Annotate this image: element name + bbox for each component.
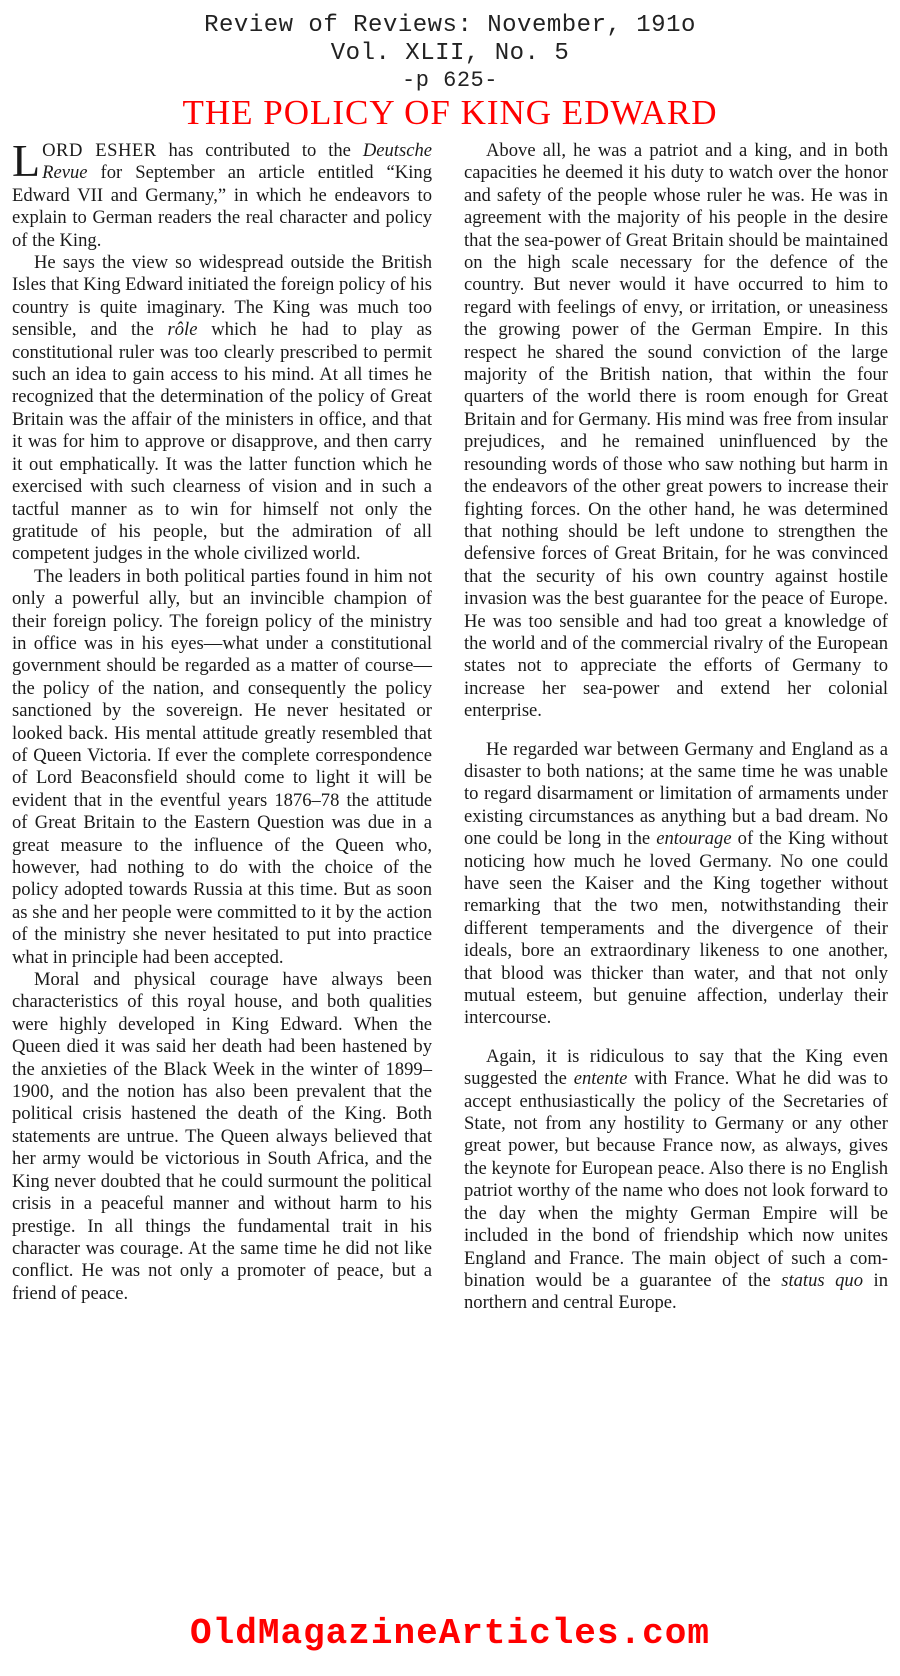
paragraph: Moral and physical courage have always b… <box>12 969 432 1305</box>
right-column: Above all, he was a patriot and a king, … <box>464 140 888 1315</box>
paragraph: Again, it is ridiculous to say that the … <box>464 1046 888 1315</box>
text-run: of the King without noticing how much he… <box>464 828 888 1028</box>
italic-term: entourage <box>656 828 731 849</box>
italic-term: rôle <box>168 319 198 340</box>
lead-in: ORD ESHER <box>42 140 157 161</box>
paragraph: The leaders in both political parties fo… <box>12 566 432 969</box>
watermark: OldMagazineArticles.com <box>0 1612 900 1656</box>
paragraph: He says the view so widespread outside t… <box>12 252 432 566</box>
italic-term: entente <box>574 1068 628 1089</box>
publication-line: Review of Reviews: November, 191o <box>0 0 900 40</box>
left-column: LORD ESHER has contributed to the Deutsc… <box>12 140 432 1315</box>
volume-line: Vol. XLII, No. 5 <box>0 40 900 68</box>
page-header: Review of Reviews: November, 191o Vol. X… <box>0 0 900 94</box>
article-title: THE POLICY OF KING EDWARD <box>0 94 900 132</box>
drop-cap: L <box>12 142 42 180</box>
page-number: -p 625- <box>0 68 900 94</box>
paragraph: LORD ESHER has contributed to the Deutsc… <box>12 140 432 252</box>
italic-term: status quo <box>781 1270 863 1291</box>
article-body: LORD ESHER has contributed to the Deutsc… <box>12 140 888 1315</box>
text-run: has contributed to the <box>157 140 363 161</box>
text-run: with France. What he did was to accept e… <box>464 1068 888 1291</box>
paragraph: He regarded war between Germany and Engl… <box>464 739 888 1030</box>
text-run: which he had to play as constitutional r… <box>12 319 432 564</box>
paragraph: Above all, he was a patriot and a king, … <box>464 140 888 723</box>
